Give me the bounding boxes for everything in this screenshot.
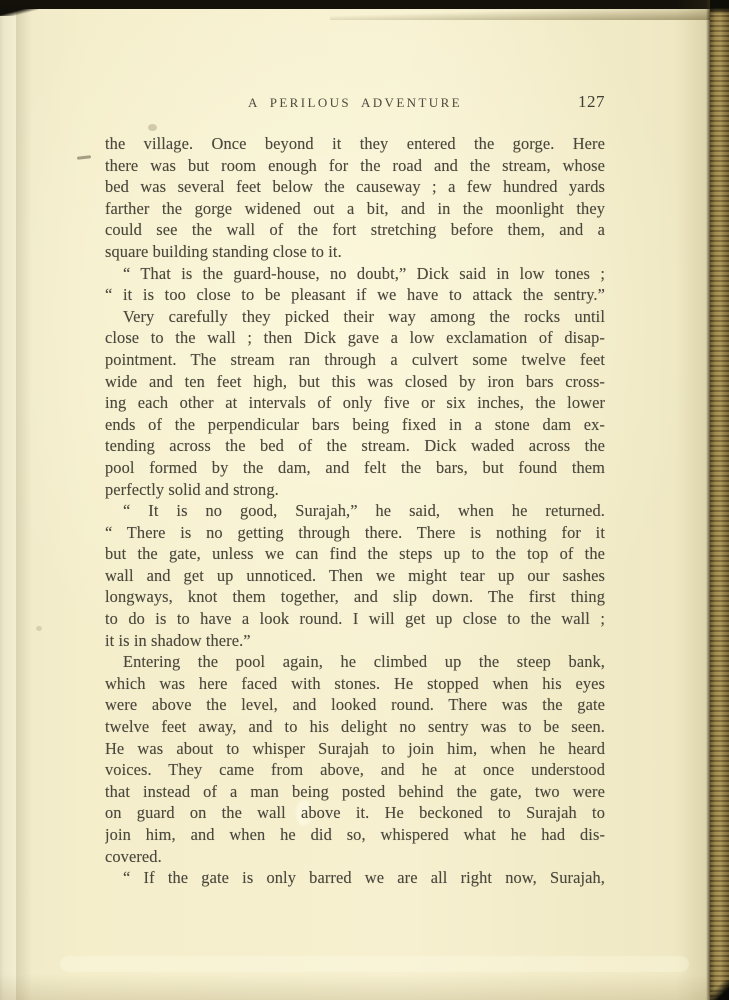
page-text: the village. Once beyond it they entered… (105, 133, 605, 889)
text-line: that instead of a man being posted behin… (105, 781, 605, 803)
text-line: on guard on the wall above it. He beckon… (105, 802, 605, 824)
paragraph: Entering the pool again, he climbed up t… (105, 651, 605, 867)
text-line: Very carefully they picked their way amo… (105, 306, 605, 328)
page-number: 127 (578, 92, 605, 112)
book-page-edges (710, 0, 729, 1000)
text-line: Entering the pool again, he climbed up t… (105, 651, 605, 673)
text-line: were above the level, and looked round. … (105, 694, 605, 716)
scanned-book-page: A PERILOUS ADVENTURE 127 the village. On… (0, 0, 729, 1000)
text-line: there was but room enough for the road a… (105, 155, 605, 177)
text-line: “ There is no getting through there. The… (105, 522, 605, 544)
text-line: the village. Once beyond it they entered… (105, 133, 605, 155)
text-line: square building standing close to it. (105, 241, 605, 263)
text-line: to do is to have a look round. I will ge… (105, 608, 605, 630)
text-line: close to the wall ; then Dick gave a low… (105, 327, 605, 349)
text-line: covered. (105, 846, 605, 868)
text-line: pointment. The stream ran through a culv… (105, 349, 605, 371)
text-line: twelve feet away, and to his delight no … (105, 716, 605, 738)
text-line: pool formed by the dam, and felt the bar… (105, 457, 605, 479)
text-line: but the gate, unless we can find the ste… (105, 543, 605, 565)
text-line: wide and ten feet high, but this was clo… (105, 371, 605, 393)
photo-background-top (0, 0, 729, 9)
text-line: join him, and when he did so, whispered … (105, 824, 605, 846)
text-line: could see the wall of the fort stretchin… (105, 219, 605, 241)
text-line: which was here faced with stones. He sto… (105, 673, 605, 695)
paragraph: the village. Once beyond it they entered… (105, 133, 605, 263)
paper-highlight (60, 956, 689, 972)
photo-background-corner (0, 6, 38, 16)
page-curl-shadow (676, 0, 710, 1000)
text-line: ing each other at intervals of only five… (105, 392, 605, 414)
text-line: longways, knot them together, and slip d… (105, 586, 605, 608)
text-line: “ It is no good, Surajah,” he said, when… (105, 500, 605, 522)
text-line: “ That is the guard-house, no doubt,” Di… (105, 263, 605, 285)
text-line: bed was several feet below the causeway … (105, 176, 605, 198)
text-line: it is in shadow there.” (105, 630, 605, 652)
printed-page-content: A PERILOUS ADVENTURE 127 the village. On… (105, 95, 605, 889)
text-line: ends of the perpendicular bars being fix… (105, 414, 605, 436)
text-line: voices. They came from above, and he at … (105, 759, 605, 781)
gutter-crease-shadow (16, 0, 32, 1000)
chapter-running-title: A PERILOUS ADVENTURE (105, 95, 605, 111)
paragraph: “ It is no good, Surajah,” he said, when… (105, 500, 605, 651)
page-gutter (0, 0, 16, 1000)
text-line: wall and get up unnoticed. Then we might… (105, 565, 605, 587)
text-line: perfectly solid and strong. (105, 479, 605, 501)
paragraph: “ That is the guard-house, no doubt,” Di… (105, 263, 605, 306)
running-head: A PERILOUS ADVENTURE 127 (105, 95, 605, 113)
text-line: tending across the bed of the stream. Di… (105, 435, 605, 457)
paragraph: Very carefully they picked their way amo… (105, 306, 605, 500)
ink-speck (77, 155, 91, 159)
paragraph: “ If the gate is only barred we are all … (105, 867, 605, 889)
paper-speck (36, 626, 42, 631)
page-top-edge-shadow (330, 9, 715, 20)
text-line: “ If the gate is only barred we are all … (105, 867, 605, 889)
page-bottom-shadow (0, 974, 710, 1000)
text-line: farther the gorge widened out a bit, and… (105, 198, 605, 220)
text-line: He was about to whisper Surajah to join … (105, 738, 605, 760)
text-line: “ it is too close to be pleasant if we h… (105, 284, 605, 306)
